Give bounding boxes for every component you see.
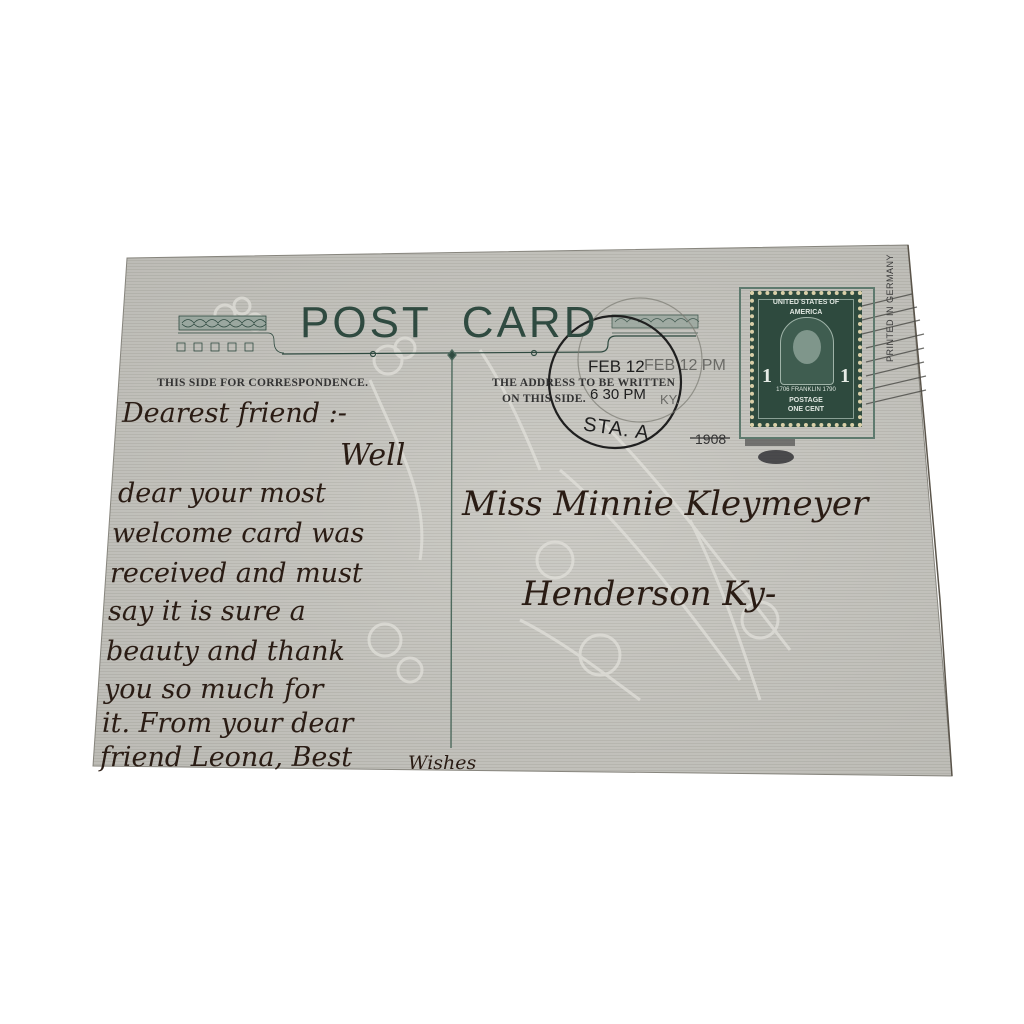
stamp-top-text: UNITED STATES OF: [754, 299, 858, 306]
message-closing: Wishes: [408, 752, 476, 774]
title-word-card: CARD: [462, 298, 599, 347]
stamp-denomination-left: 1: [762, 365, 772, 388]
stamp-country: AMERICA: [754, 309, 858, 316]
postmark-year: 1908: [695, 431, 726, 447]
message-line: Dearest friend :-: [122, 398, 347, 429]
message-line: welcome card was: [112, 518, 364, 549]
message-line: beauty and thank: [106, 636, 345, 667]
postmark-date: FEB 12: [588, 357, 645, 377]
message-line: you so much for: [104, 674, 323, 705]
stamp-portrait-frame: [780, 317, 834, 385]
recipient-city: Henderson Ky-: [522, 574, 776, 614]
message-line: Well: [340, 438, 405, 473]
stamp-caption: 1706 FRANKLIN 1790: [754, 387, 858, 393]
franklin-portrait-icon: [793, 330, 821, 364]
postmark-ghost-date: FEB 12 PM: [644, 357, 726, 375]
message-line: received and must: [110, 558, 363, 589]
franklin-one-cent-stamp: UNITED STATES OF AMERICA 1 1 1706 FRANKL…: [750, 291, 862, 427]
address-label-line1: THE ADDRESS TO BE WRITTEN: [492, 377, 675, 389]
post-card-title: POSTCARD: [300, 298, 598, 348]
printed-in-germany: PRINTED IN GERMANY: [885, 254, 895, 362]
stamp-denomination-right: 1: [840, 365, 850, 388]
correspondence-label: THIS SIDE FOR CORRESPONDENCE.: [157, 377, 368, 389]
message-line: friend Leona, Best: [100, 742, 352, 773]
message-line: say it is sure a: [108, 596, 306, 627]
stamp-postage: POSTAGE: [754, 397, 858, 404]
message-line: dear your most: [118, 478, 326, 509]
stamp-value: ONE CENT: [754, 406, 858, 413]
address-label-line2: ON THIS SIDE.: [502, 393, 586, 405]
title-word-post: POST: [300, 298, 432, 347]
recipient-name: Miss Minnie Kleymeyer: [462, 484, 868, 524]
postmark-ghost-place: KY.: [660, 392, 679, 407]
postmark-time: 6 30 PM: [590, 386, 646, 403]
message-line: it. From your dear: [102, 708, 353, 739]
